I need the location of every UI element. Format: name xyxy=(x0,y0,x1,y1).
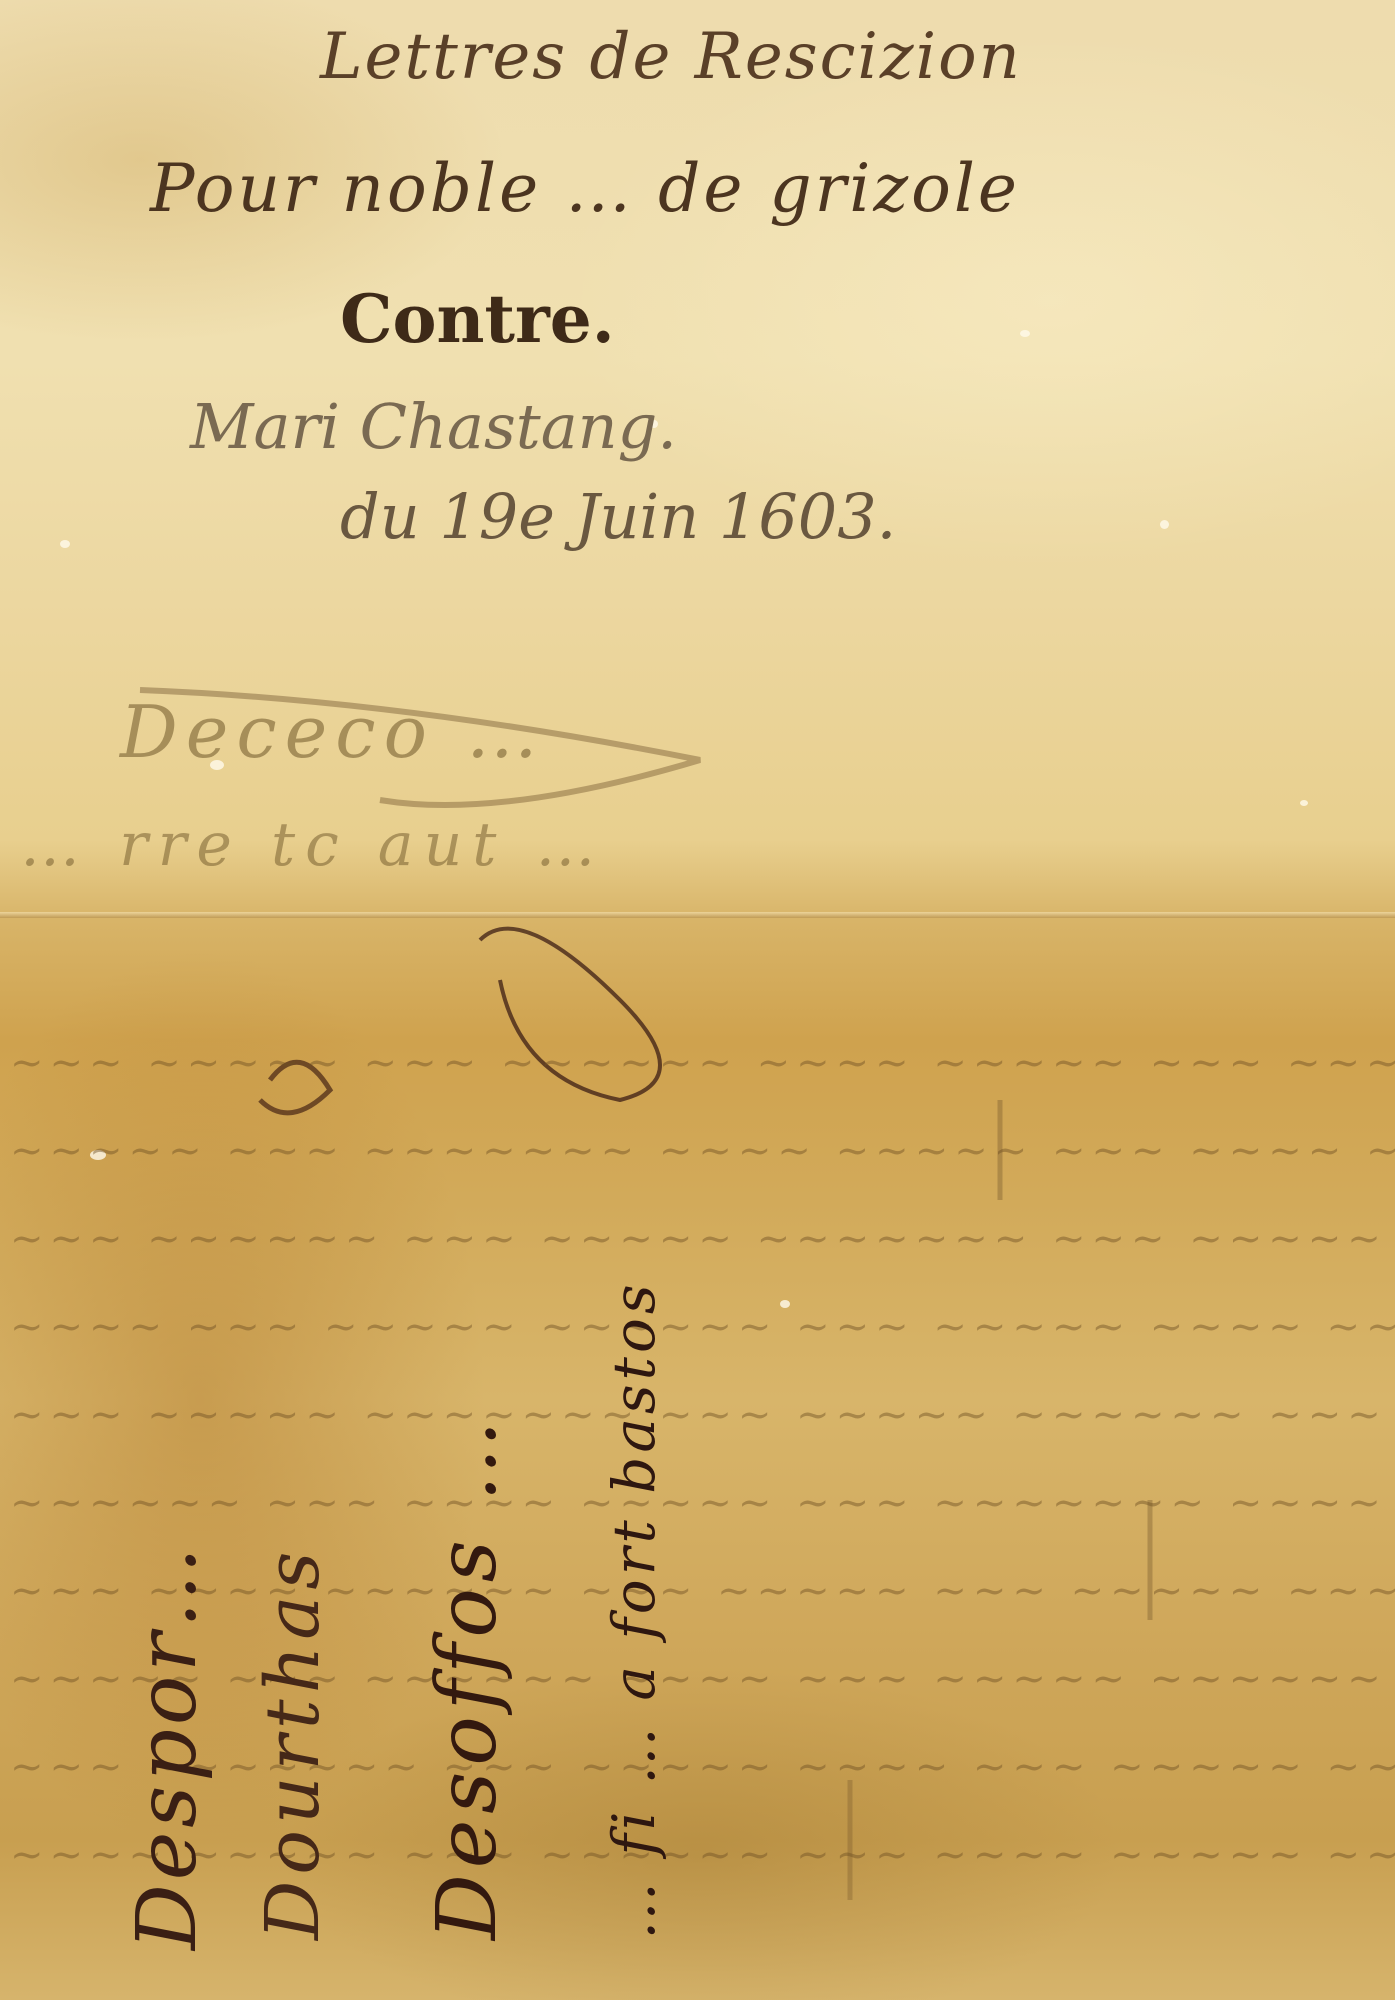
faded-line: ~~~ ~~~~~ ~~~ ~~~~~~ ~~~~ ~~~~~ ~~~ ~~~~ xyxy=(0,1040,1395,1128)
vertical-signature: … fi … a fort bastos xyxy=(600,1280,668,1940)
wear-spot xyxy=(1020,330,1030,337)
vertical-signature: Despor… xyxy=(120,1543,215,1950)
wear-spot xyxy=(1160,520,1169,529)
faded-heading: Dececo … xyxy=(120,690,546,774)
vertical-signature: Desoffos … xyxy=(420,1414,515,1940)
fold-line xyxy=(0,912,1395,918)
faded-line: ~~~ ~~~~~~ ~~~ ~~~~~ ~~~~~~~ ~~~ ~~~~~ xyxy=(0,1216,1395,1304)
faded-line: ~~~ ~~~~~ ~~~~~~~ ~~~ ~~~~~ ~~~~~~ ~~~ xyxy=(0,1392,1395,1480)
parchment-document: Lettres de Rescizion Pour noble … de gri… xyxy=(0,0,1395,2000)
endorsement-opponent: Mari Chastang. xyxy=(190,390,677,463)
vertical-signature: Dourthas xyxy=(250,1546,336,1940)
faded-heading-2: … rre tc aut … xyxy=(20,810,605,880)
wear-spot xyxy=(60,540,70,548)
endorsement-title: Lettres de Rescizion xyxy=(320,20,1022,94)
endorsement-contre: Contre. xyxy=(340,280,615,358)
faded-line: ~~~~ ~~~ ~~~~~ ~~~~~~ ~~~ ~~~~~ ~~~~ ~~ xyxy=(0,1304,1395,1392)
faded-line: ~~~~~ ~~~ ~~~~~~~ ~~~~ ~~~~~ ~~~ ~~~~ ~~… xyxy=(0,1128,1395,1216)
wear-spot xyxy=(1300,800,1308,806)
endorsement-party: Pour noble … de grizole xyxy=(150,150,1020,227)
endorsement-date: du 19e Juin 1603. xyxy=(340,480,896,553)
